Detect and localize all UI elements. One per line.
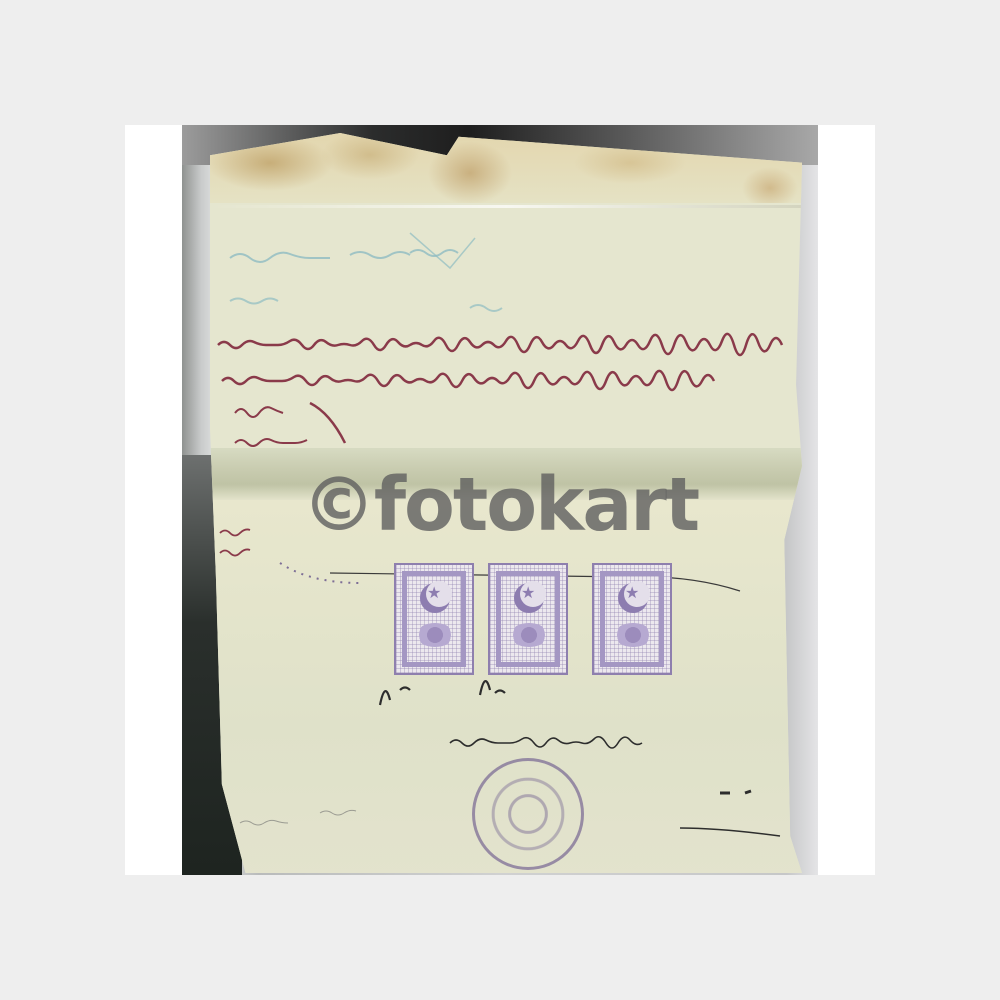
revenue-stamp: ★ <box>488 563 568 675</box>
official-seal <box>472 758 584 870</box>
watermark: ©fotokart <box>0 468 1000 542</box>
star-icon: ★ <box>521 585 535 601</box>
star-icon: ★ <box>427 585 441 601</box>
revenue-stamp: ★ <box>592 563 672 675</box>
revenue-stamps: ★ ★ ★ <box>394 563 672 675</box>
star-icon: ★ <box>625 585 639 601</box>
paper-fold-top <box>210 205 802 208</box>
water-stain-top <box>210 133 802 203</box>
revenue-stamp: ★ <box>394 563 474 675</box>
handwritten-text-upper <box>210 213 802 453</box>
